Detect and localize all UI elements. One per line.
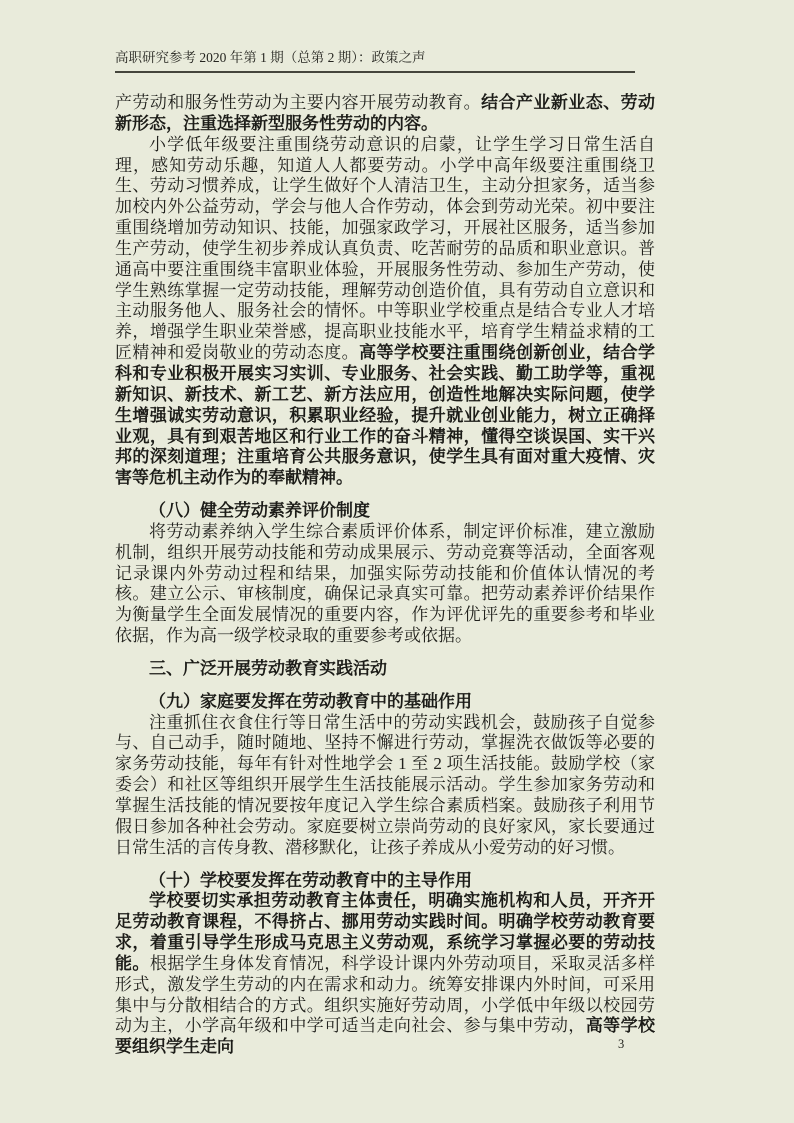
journal-header-line: 高职研究参考 2020 年第 1 期（总第 2 期）：政策之声: [115, 50, 426, 65]
heading-part-3: 三、广泛开展劳动教育实践活动: [115, 659, 655, 680]
heading-section-9: （九）家庭要发挥在劳动教育中的基础作用: [115, 692, 655, 713]
text-run-normal: 小学低年级要注重围绕劳动意识的启蒙，让学生学习日常生活自理，感知劳动乐趣，知道人…: [115, 135, 655, 362]
paragraph-continuation: 产劳动和服务性劳动为主要内容开展劳动教育。结合产业新业态、劳动新形态，注重选择新…: [115, 93, 655, 135]
heading-section-8: （八）健全劳动素养评价制度: [115, 501, 655, 522]
heading-section-10: （十）学校要发挥在劳动教育中的主导作用: [115, 871, 655, 892]
document-page: 高职研究参考 2020 年第 1 期（总第 2 期）：政策之声 产劳动和服务性劳…: [0, 0, 794, 1123]
paragraph-family-role: 注重抓住衣食住行等日常生活中的劳动实践机会，鼓励孩子自觉参与、自己动手，随时随地…: [115, 713, 655, 859]
text-run-normal: 产劳动和服务性劳动为主要内容开展劳动教育。: [115, 93, 481, 112]
text-run-bold: 高等学校要注重围绕创新创业，结合学科和专业积极开展实习实训、专业服务、社会实践、…: [115, 343, 655, 487]
paragraph-school-role: 学校要切实承担劳动教育主体责任，明确实施机构和人员，开齐开足劳动教育课程，不得挤…: [115, 891, 655, 1058]
paragraph-evaluation-system: 将劳动素养纳入学生综合素质评价体系，制定评价标准，建立激励机制，组织开展劳动技能…: [115, 522, 655, 647]
text-run-normal: 根据学生身体发育情况，科学设计课内外劳动项目，采取灵活多样形式，激发学生劳动的内…: [115, 954, 655, 1036]
page-number: 3: [618, 1037, 624, 1052]
paragraph-school-stages: 小学低年级要注重围绕劳动意识的启蒙，让学生学习日常生活自理，感知劳动乐趣，知道人…: [115, 135, 655, 489]
article-body: 产劳动和服务性劳动为主要内容开展劳动教育。结合产业新业态、劳动新形态，注重选择新…: [115, 93, 655, 1058]
page-header: 高职研究参考 2020 年第 1 期（总第 2 期）：政策之声: [115, 50, 635, 73]
